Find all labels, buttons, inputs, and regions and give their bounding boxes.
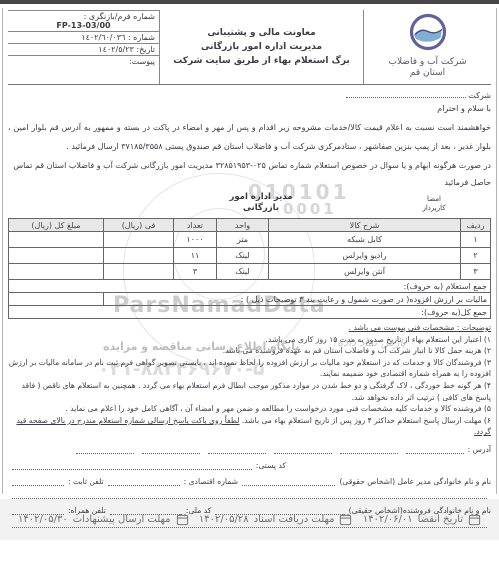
recipient-blank (346, 90, 466, 98)
signature-titles: مدیر اداره امور بازرگانی امضا کارپرداز (8, 191, 491, 218)
form-no-label: شماره فرم/بازنگری : (12, 12, 155, 21)
tender-document-page: 010101 0001 ParsNamadData پایگاه اطلاع ر… (0, 0, 499, 576)
continuation-line (8, 520, 491, 528)
item-unit-price (104, 248, 174, 264)
landline-blank (12, 478, 64, 486)
row-no: ۲ (461, 248, 491, 264)
attachment-label: پیوست: (129, 57, 155, 66)
note-5: ۵) فروشنده کالا و خدمات کلیه مشخصات فنی … (8, 403, 491, 415)
letter-body: خواهشمند است نسبت به اعلام قیمت کالا/خدم… (8, 118, 491, 156)
total-in-words-row: جمع کل(به حروف): (9, 306, 491, 319)
address-blank (340, 446, 398, 454)
form-title: برگ استعلام بهاء از طریق سایت شرکت (173, 54, 350, 68)
recipient-line: شرکت (8, 89, 491, 102)
org-name: شرکت آب و فاضلاب استان قم (388, 57, 466, 79)
address-row: آدرس : (8, 445, 491, 454)
vat-row: مالیات بر ارزش افزوده( در صورت شمول و رع… (9, 293, 491, 306)
col-unit-price: فی (ریال) (104, 219, 174, 232)
ceo-row: نام و نام خانوادگی مدیر عامل (اشخاص حقوق… (8, 477, 491, 486)
economic-no-blank (108, 478, 180, 486)
notes-title: توضیحات : مشخصات فنی پیوست می باشد . (8, 322, 491, 334)
date-row: تاریخ: ١٤٠٢/٥/٢٣ (8, 44, 159, 56)
number-row: شماره : ١٤٠٢/٦٠/٠٣٦ (8, 32, 159, 44)
postal-code-blank (12, 462, 252, 470)
items-table: ردیف شرح کالا واحد تعداد فی (ریال) مبلغ … (8, 218, 491, 319)
item-unit-price (104, 232, 174, 248)
address-blank (406, 446, 464, 454)
date-value: ١٤٠٢/٥/٢٣ (98, 45, 133, 54)
table-header-row: ردیف شرح کالا واحد تعداد فی (ریال) مبلغ … (9, 219, 491, 232)
table-row: ۲ رادیو وایرلس لینک ۱۱ (9, 248, 491, 264)
economic-no-label: شماره اقتصادی : (184, 477, 238, 486)
letter-contact: در صورت هرگونه ابهام و یا سوال در خصوص ا… (8, 157, 491, 191)
note-2: ۲) هزینه حمل کالا تا انبار شرکت آب و فاض… (8, 345, 491, 357)
document-sheet: 010101 0001 ParsNamadData پایگاه اطلاع ر… (2, 8, 497, 494)
item-unit: لینک (217, 248, 269, 264)
national-id-label: کد ملی: (186, 506, 211, 515)
note-3: ۳) فروشندگان کالا و خدمات که در استعلام … (8, 357, 491, 380)
national-id-blank (110, 507, 182, 515)
table-row: ۱ کابل شبکه متر ۱۰۰۰ (9, 232, 491, 248)
form-no-value: FP-13-03/00 (12, 21, 155, 30)
sum-in-words-row: جمع استعلام (به حروف): (9, 280, 491, 293)
item-qty: ۱۰۰۰ (174, 232, 217, 248)
seller-label: نام و نام خانوادگی فروشنده(اشخاص حقیقی) (349, 506, 491, 515)
ceo-blank (242, 478, 335, 486)
item-unit-price (104, 264, 174, 280)
table-row: ۳ آنتن وایرلس لینک ۳ (9, 264, 491, 280)
mobile-label: تلفن همراه: (68, 506, 106, 515)
greeting-line: با سلام و احترام (8, 102, 491, 115)
manager-signature-title: مدیر اداره امور بازرگانی (216, 192, 306, 214)
vat-label: مالیات بر ارزش افزوده( در صورت شمول و رع… (104, 293, 491, 306)
sum-in-words-label: جمع استعلام (به حروف): (9, 280, 491, 293)
seller-row: نام و نام خانوادگی فروشنده(اشخاص حقیقی) … (8, 506, 491, 515)
note-1: ۱) اعتبار این استعلام بهاء از تاریخ صدور… (8, 334, 491, 346)
note-4: ۴) هر گونه خط خوردگی ، لاک گرفتگی و دو خ… (8, 380, 491, 403)
department-line: مدیریت اداره امور بازرگانی (201, 40, 322, 54)
form-header: شرکت آب و فاضلاب استان قم معاونت مالی و … (8, 10, 491, 85)
agent-signature-title: امضا کارپرداز (403, 195, 465, 213)
form-no-row: شماره فرم/بازنگری : FP-13-03/00 (8, 11, 159, 32)
address-blank (142, 446, 200, 454)
top-border-bar (0, 0, 499, 4)
org-logo-box: شرکت آب و فاضلاب استان قم (363, 10, 491, 84)
address-blank (76, 446, 134, 454)
postal-code-label: کد پستی: (256, 461, 286, 470)
col-description: شرح کالا (269, 219, 461, 232)
address-blank (274, 446, 332, 454)
recipient-label: شرکت (468, 91, 491, 100)
attachment-row: پیوست: (8, 56, 159, 84)
item-total (9, 232, 104, 248)
note-6: ۶) مهلت ارسال پاسخ استعلام حداکثر ۴ روز … (8, 415, 491, 438)
item-qty: ۳ (174, 264, 217, 280)
supplier-fields: آدرس : کد پستی: نام و نام خانوادگی مدیر … (8, 445, 491, 528)
col-total: مبلغ کل (ریال) (9, 219, 104, 232)
postal-code-row: کد پستی: (8, 461, 286, 470)
form-meta-box: شماره فرم/بازنگری : FP-13-03/00 شماره : … (8, 10, 160, 84)
number-value: ١٤٠٢/٦٠/٠٣٦ (81, 33, 125, 42)
row-no: ۱ (461, 232, 491, 248)
total-in-words-label: جمع کل(به حروف): (9, 306, 491, 319)
address-label: آدرس : (468, 445, 491, 454)
item-total (9, 248, 104, 264)
landline-label: تلفن ثابت : (68, 477, 104, 486)
address-blank (208, 446, 266, 454)
deputy-line: معاونت مالی و پشتیبانی (207, 26, 315, 40)
item-description: رادیو وایرلس (269, 248, 461, 264)
item-total (9, 264, 104, 280)
col-qty: تعداد (174, 219, 217, 232)
form-title-block: معاونت مالی و پشتیبانی مدیریت اداره امور… (160, 10, 363, 84)
vat-value-cell (9, 293, 104, 306)
notes-block: توضیحات : مشخصات فنی پیوست می باشد . ۱) … (8, 322, 491, 438)
continuation-line (8, 491, 491, 499)
ceo-label: نام و نام خانوادگی مدیر عامل (اشخاص حقوق… (339, 477, 491, 486)
number-label: شماره : (128, 33, 155, 42)
col-row-no: ردیف (461, 219, 491, 232)
item-description: آنتن وایرلس (269, 264, 461, 280)
item-description: کابل شبکه (269, 232, 461, 248)
item-unit: متر (217, 232, 269, 248)
date-label: تاریخ: (136, 45, 155, 54)
mobile-blank (12, 507, 64, 515)
item-qty: ۱۱ (174, 248, 217, 264)
item-unit: لینک (217, 264, 269, 280)
col-unit: واحد (217, 219, 269, 232)
water-wave-circle-logo-icon (409, 13, 447, 55)
seller-blank (215, 507, 344, 515)
row-no: ۳ (461, 264, 491, 280)
letter-block: شرکت با سلام و احترام خواهشمند است نسبت … (8, 85, 491, 191)
